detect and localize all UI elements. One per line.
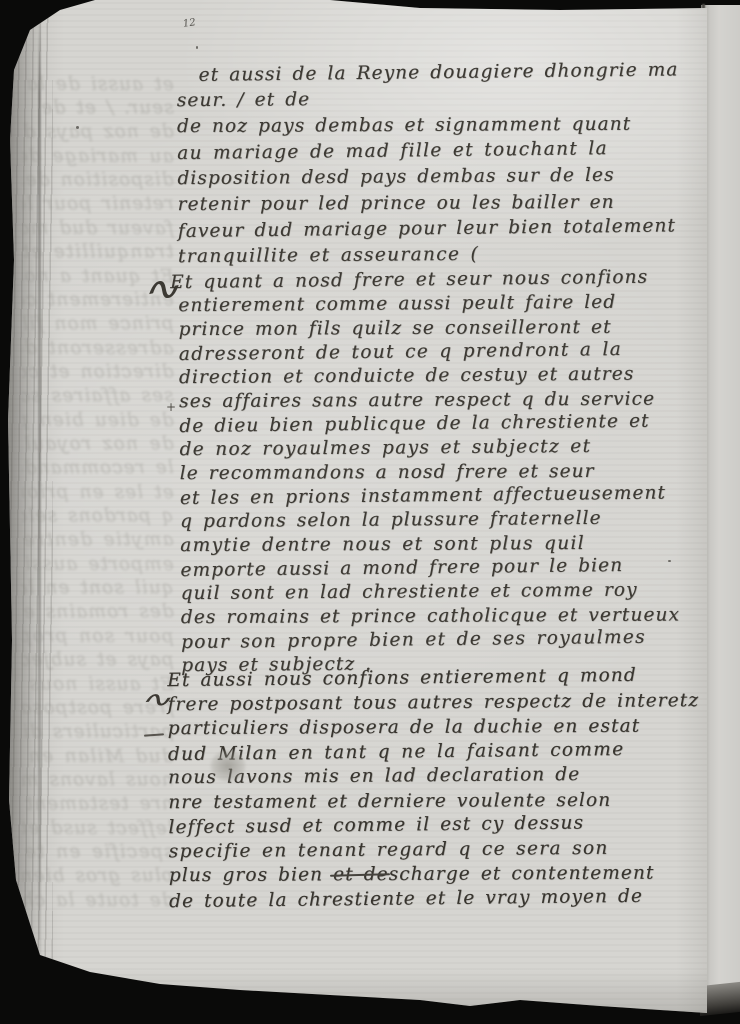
paper-speck — [76, 126, 79, 129]
left-edge-crease — [38, 16, 41, 1001]
folio-mark: 12 — [182, 17, 196, 30]
manuscript-paragraph-3: Et aussi nous confions entierement q mon… — [167, 664, 701, 913]
deckled-left-edge — [5, 8, 53, 1010]
paper-speck — [196, 46, 198, 49]
manuscript-text-block: et aussi de la Reyne douagiere dhongrie … — [176, 0, 728, 2]
photographic-backdrop: et aussi de la Reyne douagiere dhongrie … — [0, 0, 740, 1024]
manuscript-line: entierement comme aussi peult faire led — [178, 290, 677, 318]
manuscript-line: direction et conduicte de cestuy et autr… — [179, 362, 678, 390]
manuscript-line: et aussi de la Reyne douagiere dhongrie … — [198, 57, 678, 88]
manuscript-paragraph-2: Et quant a nosd frere et seur nous confi… — [178, 266, 680, 678]
manuscript-line: specifie en tenant regard q ce sera son — [169, 836, 701, 865]
manuscript-page: et aussi de la Reyne douagiere dhongrie … — [0, 0, 710, 1024]
manuscript-line: seur. / et de — [177, 84, 679, 114]
manuscript-line: disposition desd pays dembas sur de les — [177, 162, 679, 192]
manuscript-line: de noz royaulmes pays et subjectz et — [179, 434, 678, 462]
manuscript-line: q pardons selon la plussure fraternelle — [180, 506, 679, 534]
manuscript-line: frere postposant tous autres respectz de… — [167, 689, 699, 718]
pen-flourish-icon: ∿ — [137, 266, 184, 313]
margin-cross-mark: + — [166, 400, 176, 414]
manuscript-paragraph-1: et aussi de la Reyne douagiere dhongrie … — [176, 58, 680, 270]
pen-flourish-icon: ∿ — [137, 686, 173, 714]
ink-stain — [210, 750, 246, 782]
manuscript-line: quil sont en lad chrestiente et comme ro… — [181, 578, 680, 606]
paper-speck — [668, 560, 671, 562]
margin-dash-mark — [144, 733, 164, 736]
